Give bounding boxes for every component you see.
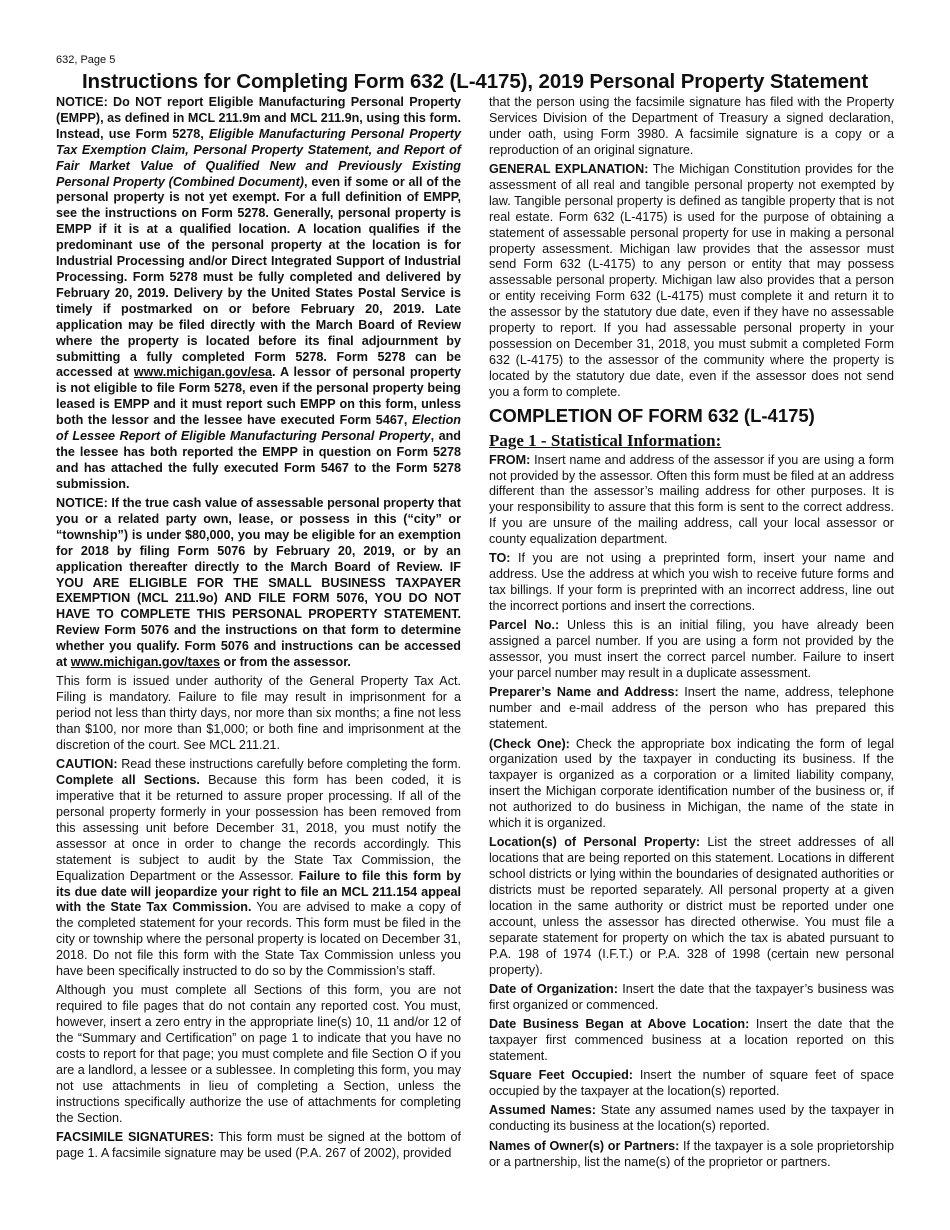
section-heading: COMPLETION OF FORM 632 (L-4175)	[489, 405, 894, 427]
instruction-item-to: TO: If you are not using a preprinted fo…	[489, 551, 894, 615]
instruction-item-preparer: Preparer’s Name and Address: Insert the …	[489, 685, 894, 733]
instruction-item-owners: Names of Owner(s) or Partners: If the ta…	[489, 1139, 894, 1171]
instruction-item-locations: Location(s) of Personal Property: List t…	[489, 835, 894, 978]
facsimile-paragraph: FACSIMILE SIGNATURES: This form must be …	[56, 1130, 461, 1162]
michigan-taxes-link[interactable]: www.michigan.gov/taxes	[71, 655, 220, 669]
page-label: 632, Page 5	[56, 54, 115, 66]
caution-paragraph: CAUTION: Read these instructions careful…	[56, 757, 461, 980]
facsimile-continued: that the person using the facsimile sign…	[489, 95, 894, 159]
instruction-item-check-one: (Check One): Check the appropriate box i…	[489, 737, 894, 832]
instruction-item-from: FROM: Insert name and address of the ass…	[489, 453, 894, 548]
instruction-item-parcel: Parcel No.: Unless this is an initial fi…	[489, 618, 894, 682]
authority-paragraph: This form is issued under authority of t…	[56, 674, 461, 754]
instruction-item-date-business-began: Date Business Began at Above Location: I…	[489, 1017, 894, 1065]
general-explanation: GENERAL EXPLANATION: The Michigan Consti…	[489, 162, 894, 401]
small-business-notice: NOTICE: If the true cash value of assess…	[56, 496, 461, 671]
page-title: Instructions for Completing Form 632 (L-…	[0, 70, 950, 94]
right-column: that the person using the facsimile sign…	[489, 95, 894, 1174]
left-column: NOTICE: Do NOT report Eligible Manufactu…	[56, 95, 461, 1165]
instruction-item-assumed-names: Assumed Names: State any assumed names u…	[489, 1103, 894, 1135]
michigan-esa-link[interactable]: www.michigan.gov/esa	[134, 365, 272, 379]
sub-heading: Page 1 - Statistical Information:	[489, 431, 894, 451]
instruction-item-date-organization: Date of Organization: Insert the date th…	[489, 982, 894, 1014]
instruction-item-square-feet: Square Feet Occupied: Insert the number …	[489, 1068, 894, 1100]
although-paragraph: Although you must complete all Sections …	[56, 983, 461, 1126]
empp-notice: NOTICE: Do NOT report Eligible Manufactu…	[56, 95, 461, 493]
